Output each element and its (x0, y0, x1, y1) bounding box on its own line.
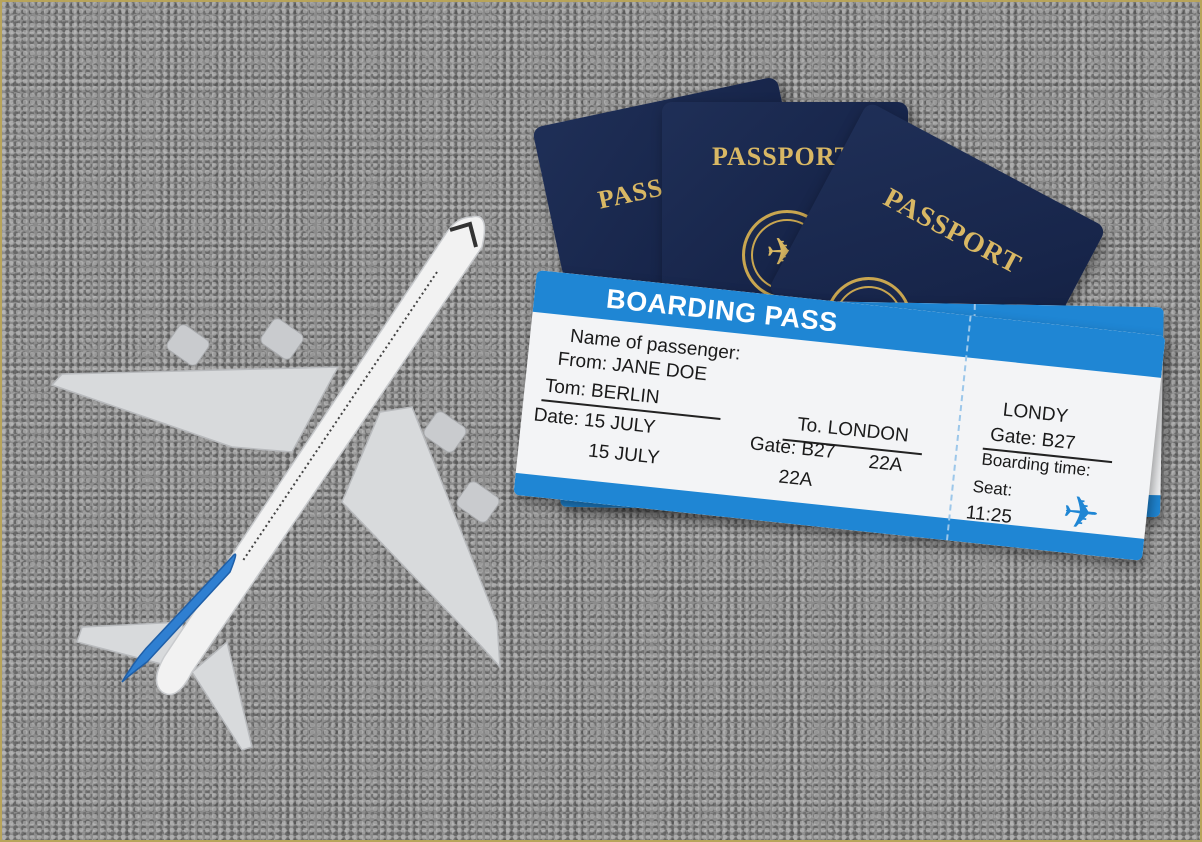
ticket-band-bottom (513, 473, 1144, 561)
stub-seat-label: Seat: (972, 477, 1014, 501)
passport-title: PASS (595, 173, 665, 216)
photo-scene: PASS PASSPORT ✈ PASSPORT Y BOARDING PASS… (0, 0, 1202, 842)
passport-title: PASSPORT (878, 182, 1027, 281)
toy-airplane (42, 202, 512, 762)
stub-destination: LONDY (1002, 400, 1069, 429)
airplane-icon: ✈ (1060, 486, 1102, 541)
date-repeat: 15 JULY (587, 440, 660, 469)
seat-value: 22A (868, 452, 904, 477)
tom-field: Tom: BERLIN (544, 376, 661, 410)
stub-boarding-time-label: Boarding time: (981, 450, 1092, 481)
stub-time: 11:25 (965, 502, 1013, 529)
seat-value-below: 22A (777, 466, 813, 491)
